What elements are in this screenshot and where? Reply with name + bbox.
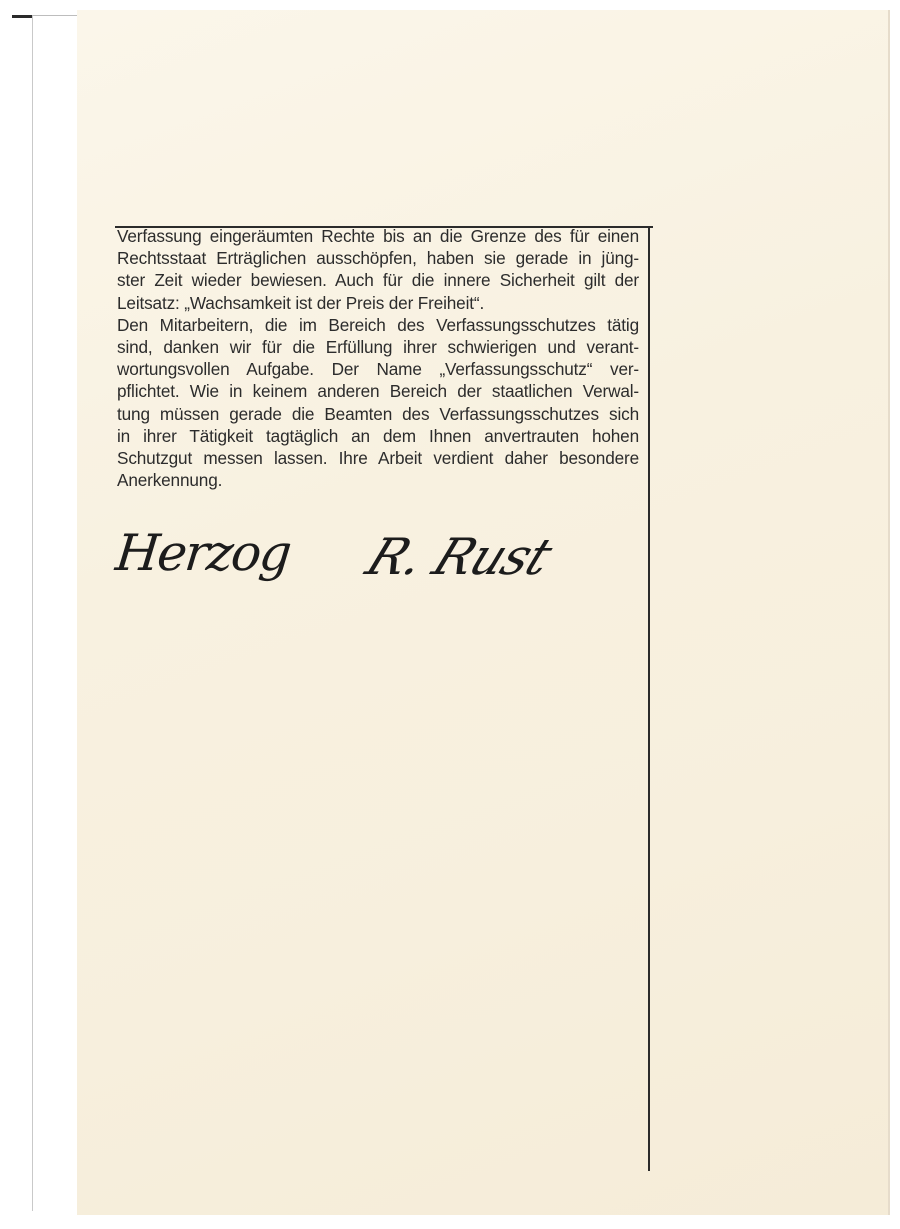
text-line: sind, danken wir für die Erfüllung ihrer… [117,336,639,358]
text-line: ster Zeit wieder bewiesen. Auch für die … [117,269,639,291]
signature-block: Herzog R. Rust [108,520,638,630]
frame-right-rule [648,226,650,1171]
text-line: Anerkennung. [117,469,639,491]
body-text: Verfassung eingeräumten Rechte bis an di… [117,225,639,491]
scan-edge-line [32,16,33,1211]
text-line: tung müssen gerade die Beamten des Verfa… [117,403,639,425]
text-line: Rechtsstaat Erträglichen ausschöpfen, ha… [117,247,639,269]
text-line: Verfassung eingeräumten Rechte bis an di… [117,225,639,247]
scan-corner-mark [12,15,32,18]
scan-edge-top [32,15,77,16]
text-line: Schutzgut messen lassen. Ihre Arbeit ver… [117,447,639,469]
text-line: in ihrer Tätigkeit tagtäglich an dem Ihn… [117,425,639,447]
text-line: wortungsvollen Aufgabe. Der Name „Verfas… [117,358,639,380]
text-line: pflichtet. Wie in keinem anderen Bereich… [117,380,639,402]
text-line: Den Mitarbeitern, die im Bereich des Ver… [117,314,639,336]
signature-herzog: Herzog [113,524,293,582]
signature-rust: R. Rust [358,528,559,586]
paper-right-edge [888,10,890,1215]
text-line: Leitsatz: „Wachsamkeit ist der Preis der… [117,292,639,314]
